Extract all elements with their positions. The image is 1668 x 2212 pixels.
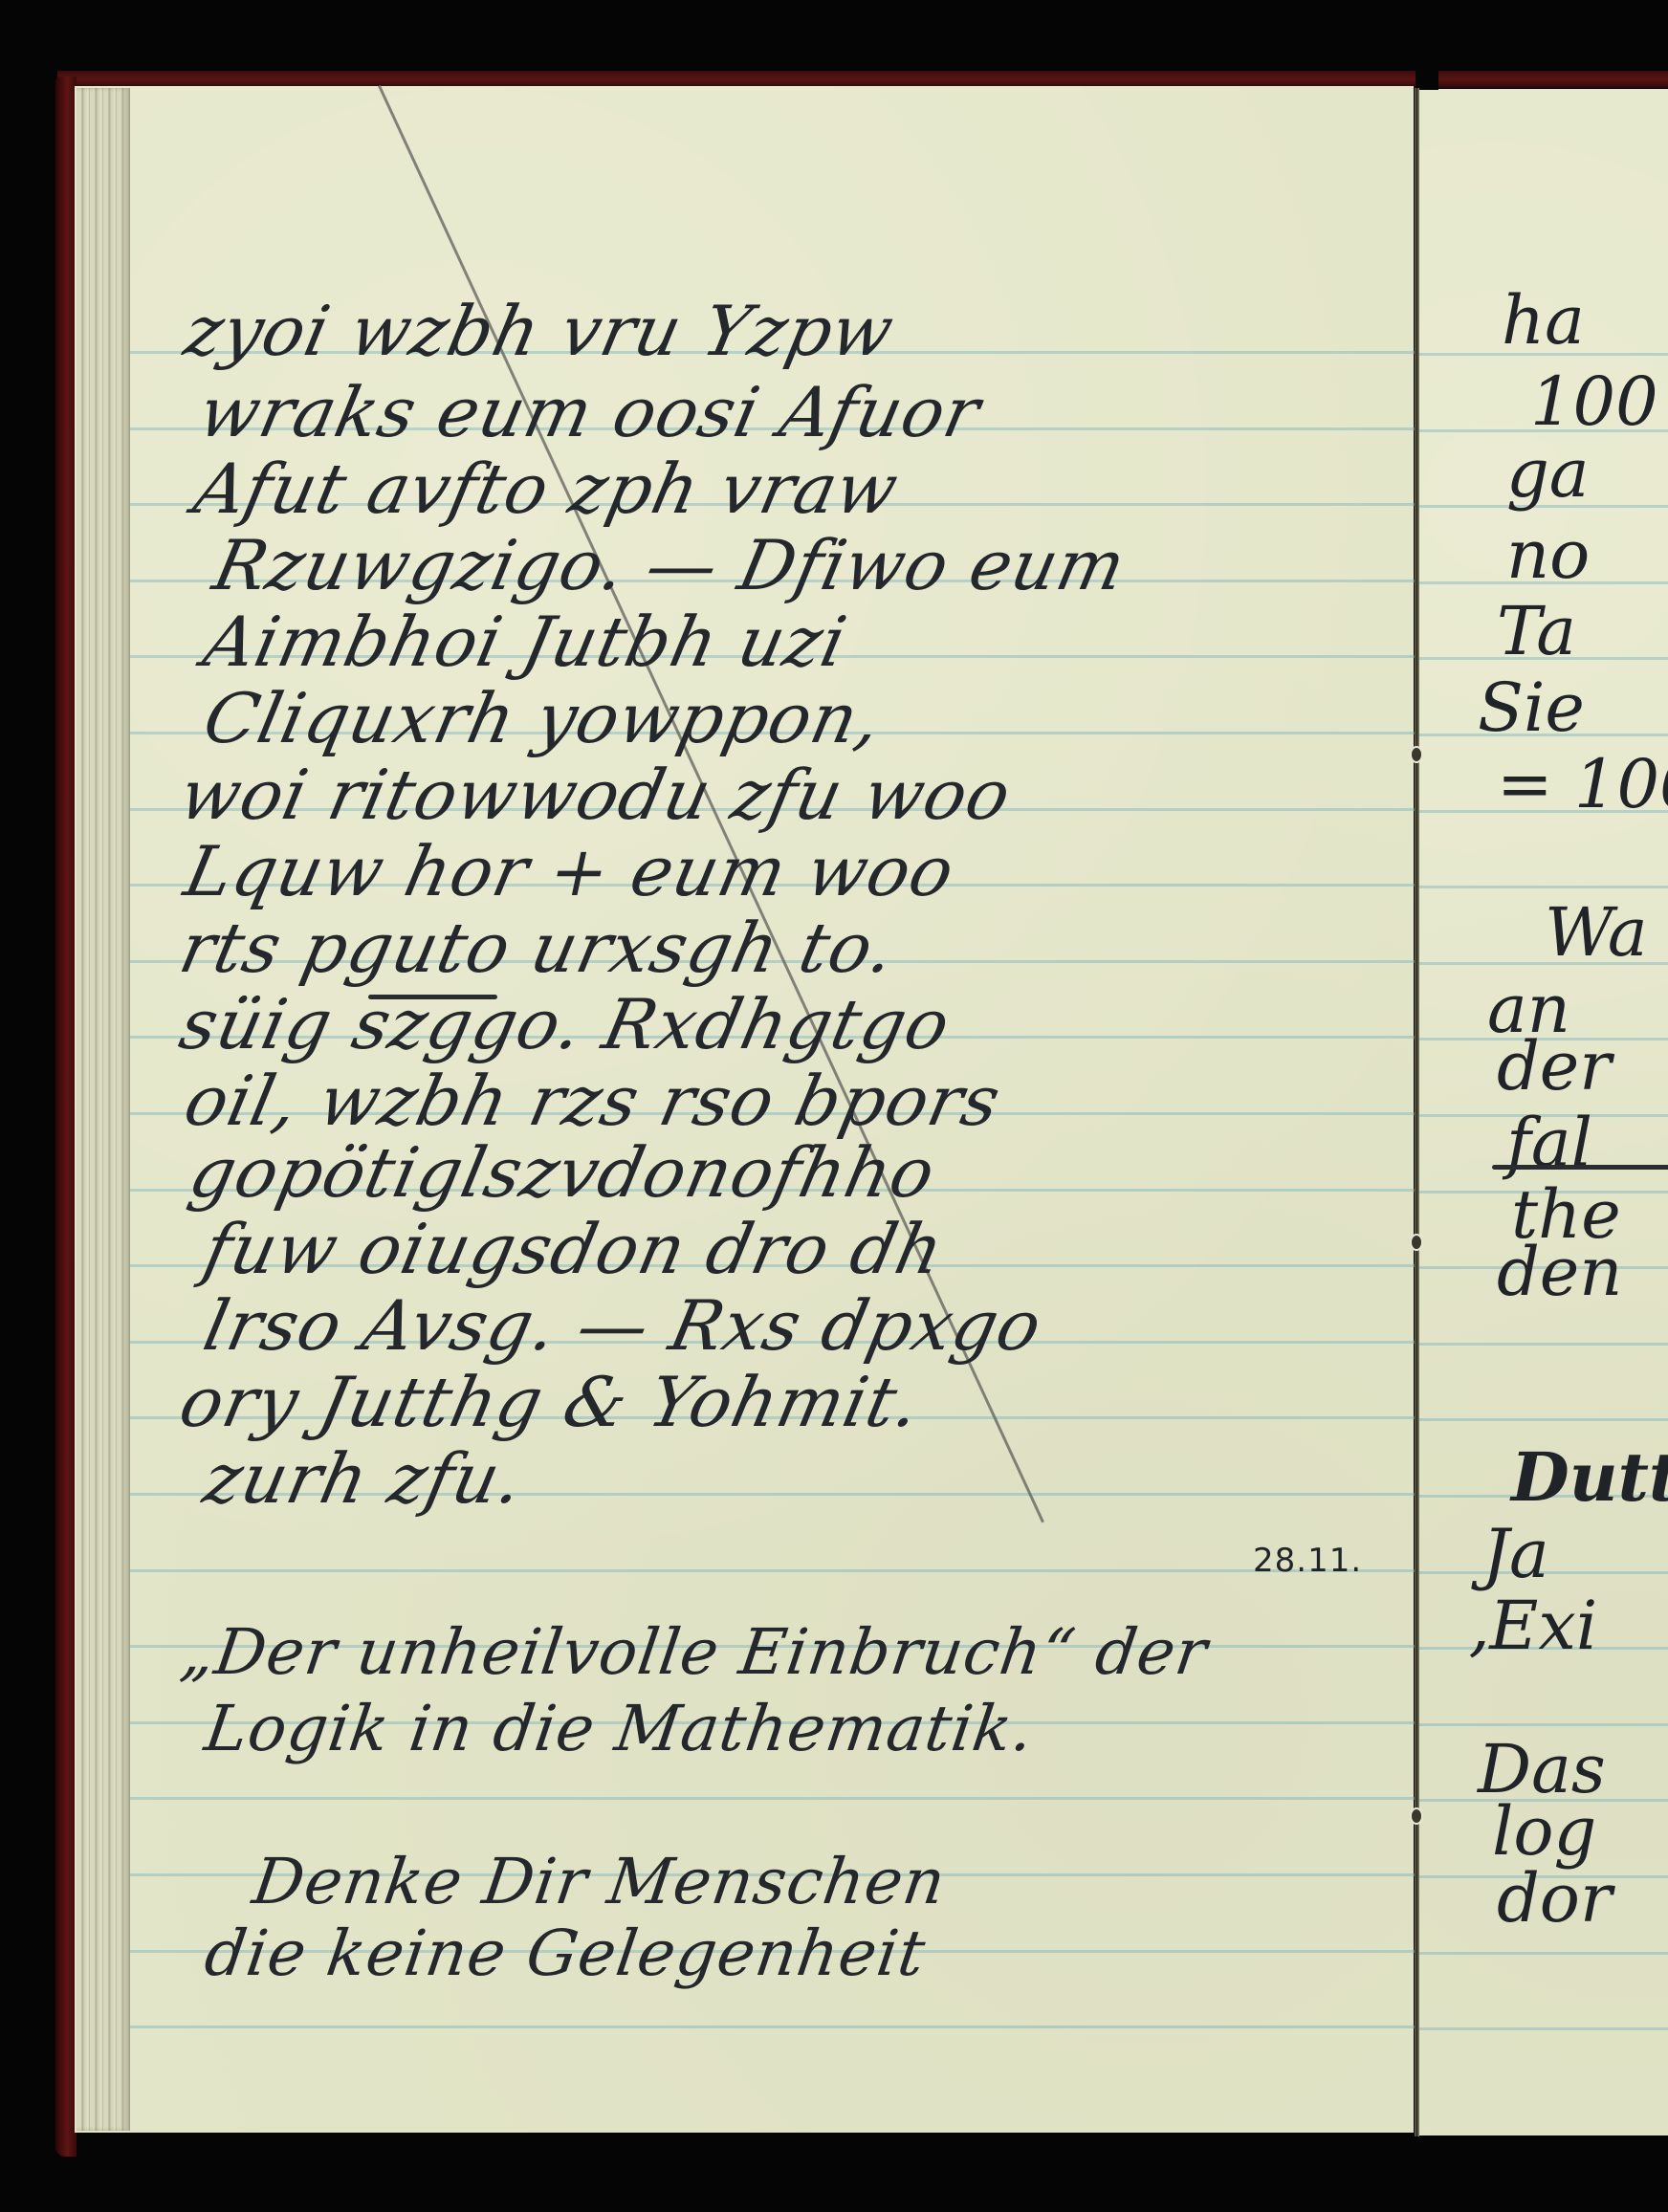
right-page-fragment: log — [1492, 1798, 1596, 1865]
german-line: Denke Dir Menschen — [249, 1851, 949, 1914]
right-page-fragment: den — [1497, 1238, 1622, 1305]
binding-stitch — [1410, 746, 1423, 763]
cipher-line: wraks eum oosi Afuor — [193, 378, 986, 447]
ruled-line — [1419, 2027, 1668, 2030]
cipher-line: fuw oiugsdon dro dh — [198, 1215, 950, 1283]
cipher-line: lrso Avsg. — Rxs dpxgo — [198, 1291, 1047, 1360]
german-line: Logik in die Mathematik. — [201, 1697, 1038, 1761]
cipher-line: oil, wzbh rzs rso bpors — [179, 1066, 1006, 1135]
cipher-line: Cliquxrh yowppon, — [198, 684, 888, 753]
ruled-line — [1419, 886, 1668, 888]
cipher-line: Afut avfto zph vraw — [188, 454, 904, 523]
cipher-line: zurh zfu. — [198, 1444, 529, 1513]
right-page-fragment: Ta — [1497, 598, 1576, 665]
ruled-line — [130, 2026, 1415, 2028]
entry-date: 28.11. — [1253, 1544, 1362, 1577]
cipher-line: rts pguto urxsgh to. — [174, 913, 901, 982]
cipher-line: gopötiglszvdonofhho — [184, 1138, 941, 1207]
right-page-fragment: 100 — [1530, 368, 1658, 435]
right-page-fragment: ‚Exi — [1468, 1592, 1597, 1659]
ruled-line — [1419, 1418, 1668, 1421]
cover-gap — [1416, 71, 1438, 90]
cipher-line: woi ritowwodu zfu woo — [174, 760, 1017, 829]
ruled-line — [1419, 1343, 1668, 1346]
right-page-fragment: Wa — [1545, 899, 1648, 966]
gutter-fold — [1415, 88, 1419, 2136]
binding-stitch — [1410, 1807, 1423, 1825]
cipher-line: Aimbhoi Jutbh uzi — [198, 607, 852, 676]
cipher-line: süig szggo. Rxdhgtgo — [174, 990, 955, 1059]
right-page-fragment: Dutt — [1511, 1444, 1668, 1511]
german-line: die keine Gelegenheit — [201, 1922, 929, 1985]
cipher-line: ory Jutthg & Yohmit. — [174, 1368, 926, 1436]
german-line: „Der unheilvolle Einbruch“ der — [177, 1621, 1211, 1684]
cipher-line: zyoi wzbh vru Yzpw — [179, 296, 900, 365]
right-page-fragment: dor — [1497, 1865, 1612, 1932]
notebook-cover-left-edge — [55, 77, 77, 2157]
right-page-fragment: der — [1497, 1033, 1612, 1100]
ruled-line — [130, 1797, 1415, 1800]
ruled-line — [1419, 1952, 1668, 1955]
cipher-line: Rzuwgzigo. — Dfiwo eum — [208, 531, 1131, 600]
right-page-fragment: = 100 — [1497, 751, 1668, 818]
ruled-line — [130, 1569, 1415, 1572]
right-page-fragment: no — [1506, 521, 1590, 588]
right-page-fragment: Sie — [1478, 674, 1585, 741]
cipher-line: Lquw hor + eum woo — [179, 837, 960, 906]
right-page-fragment: ha — [1502, 287, 1585, 354]
page-leaf-edges — [77, 88, 130, 2131]
ruled-line — [1419, 1723, 1668, 1726]
right-page-fragment: Ja — [1482, 1521, 1549, 1588]
underline-mark — [1492, 1165, 1668, 1170]
right-page-fragment: ga — [1506, 440, 1590, 507]
binding-stitch — [1410, 1234, 1423, 1251]
